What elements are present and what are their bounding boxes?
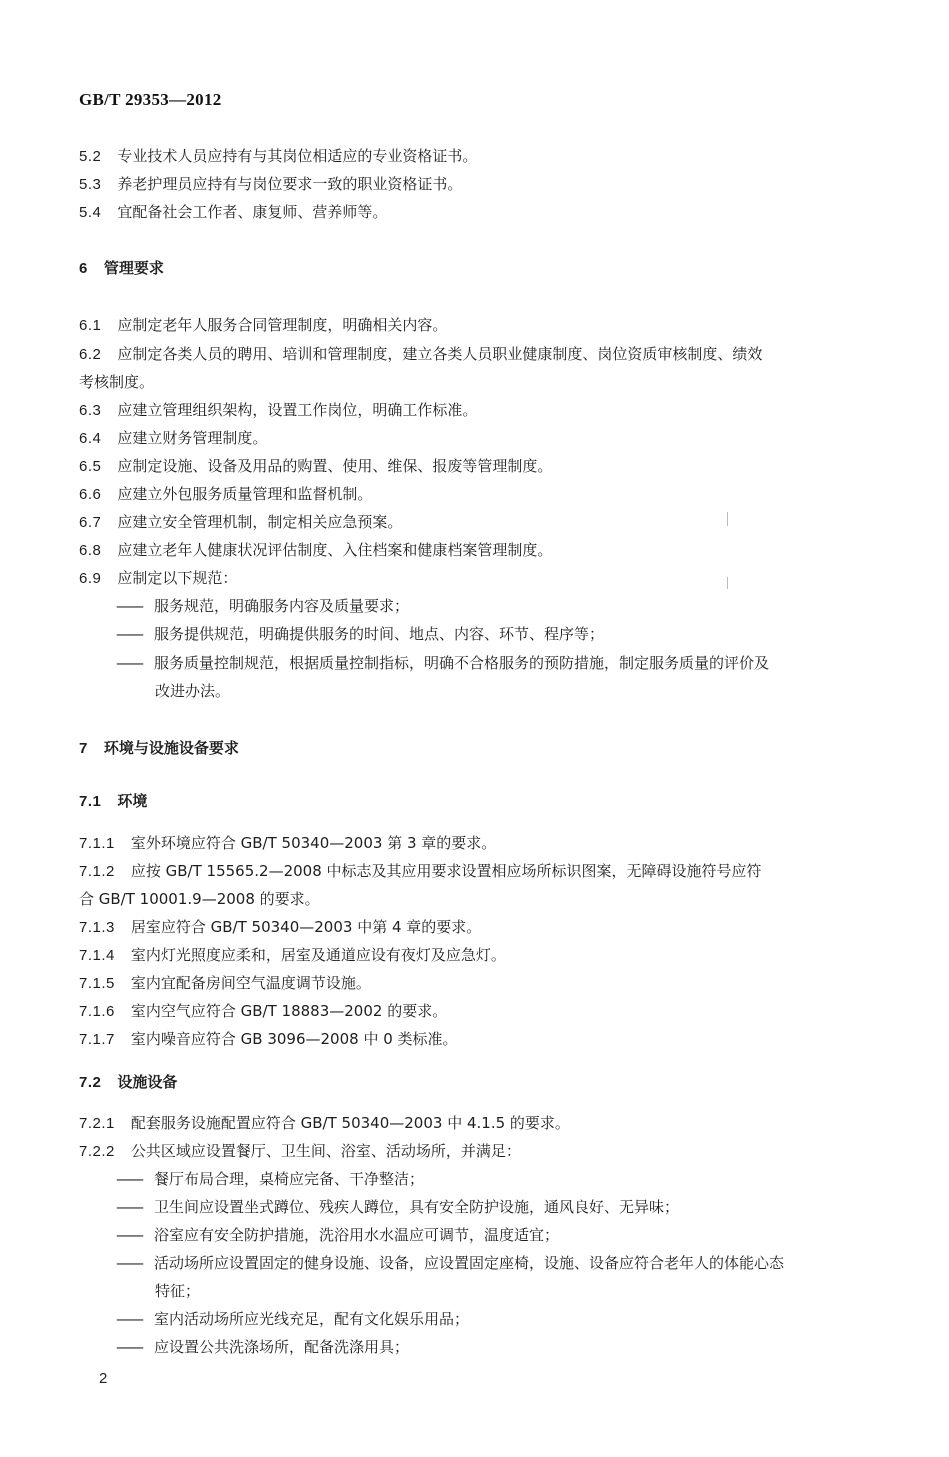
clause-6-2: 6.2应制定各类人员的聘用、培训和管理制度，建立各类人员职业健康制度、岗位资质审… <box>79 344 762 365</box>
clause-6-9: 6.9应制定以下规范： <box>79 568 237 589</box>
dash-bullet: —— <box>116 653 154 673</box>
clause-6-5: 6.5应制定设施、设备及用品的购置、使用、维保、报废等管理制度。 <box>79 456 552 477</box>
clause-7-1-5: 7.1.5室内宜配备房间空气温度调节设施。 <box>79 973 371 994</box>
dash-bullet: —— <box>116 624 154 644</box>
section-7-1-heading: 7.1环境 <box>79 791 147 812</box>
dash-bullet: —— <box>116 1169 154 1189</box>
clause-7-2-1: 7.2.1配套服务设施配置应符合 GB/T 50340—2003 中 4.1.5… <box>79 1113 570 1134</box>
list-item-cont: 改进办法。 <box>155 681 230 701</box>
list-item: ——服务规范，明确服务内容及质量要求； <box>116 596 409 616</box>
clause-7-1-2-cont: 合 GB/T 10001.9—2008 的要求。 <box>79 889 320 909</box>
clause-7-2-2: 7.2.2公共区域应设置餐厅、卫生间、浴室、活动场所，并满足： <box>79 1141 521 1162</box>
page-number: 2 <box>99 1370 107 1387</box>
list-item: ——活动场所应设置固定的健身设施、设备，应设置固定座椅，设施、设备应符合老年人的… <box>116 1253 784 1273</box>
clause-7-1-2: 7.1.2应按 GB/T 15565.2—2008 中标志及其应用要求设置相应场… <box>79 861 762 882</box>
clause-6-6: 6.6应建立外包服务质量管理和监督机制。 <box>79 484 372 505</box>
list-item: ——卫生间应设置坐式蹲位、残疾人蹲位，具有安全防护设施，通风良好、无异味； <box>116 1197 679 1217</box>
dash-bullet: —— <box>116 1337 154 1357</box>
dash-bullet: —— <box>116 1309 154 1329</box>
clause-6-2-cont: 考核制度。 <box>79 372 154 392</box>
list-item: ——应设置公共洗涤场所，配备洗涤用具； <box>116 1337 409 1357</box>
clause-5-2: 5.2专业技术人员应持有与其岗位相适应的专业资格证书。 <box>79 146 477 167</box>
document-page: GB/T 29353—2012 5.2专业技术人员应持有与其岗位相适应的专业资格… <box>0 0 949 1457</box>
section-7-heading: 7环境与设施设备要求 <box>79 738 239 759</box>
scan-artifact <box>727 512 728 526</box>
clause-5-4: 5.4宜配备社会工作者、康复师、营养师等。 <box>79 202 387 223</box>
clause-6-8: 6.8应建立老年人健康状况评估制度、入住档案和健康档案管理制度。 <box>79 540 552 561</box>
clause-7-1-1: 7.1.1室外环境应符合 GB/T 50340—2003 第 3 章的要求。 <box>79 833 496 854</box>
section-7-2-heading: 7.2设施设备 <box>79 1072 177 1093</box>
clause-6-4: 6.4应建立财务管理制度。 <box>79 428 267 449</box>
clause-5-3: 5.3养老护理员应持有与岗位要求一致的职业资格证书。 <box>79 174 462 195</box>
clause-7-1-6: 7.1.6室内空气应符合 GB/T 18883—2002 的要求。 <box>79 1001 447 1022</box>
clause-7-1-4: 7.1.4室内灯光照度应柔和，居室及通道应设有夜灯及应急灯。 <box>79 945 506 966</box>
clause-6-3: 6.3应建立管理组织架构，设置工作岗位，明确工作标准。 <box>79 400 477 421</box>
dash-bullet: —— <box>116 1197 154 1217</box>
list-item: ——浴室应有安全防护措施，洗浴用水水温应可调节，温度适宜； <box>116 1225 559 1245</box>
clause-6-1: 6.1应制定老年人服务合同管理制度，明确相关内容。 <box>79 315 447 336</box>
list-item-cont: 特征； <box>155 1281 200 1301</box>
standard-header: GB/T 29353—2012 <box>79 90 222 110</box>
list-item: ——服务提供规范，明确提供服务的时间、地点、内容、环节、程序等； <box>116 624 604 644</box>
clause-7-1-7: 7.1.7室内噪音应符合 GB 3096—2008 中 0 类标准。 <box>79 1029 458 1050</box>
dash-bullet: —— <box>116 596 154 616</box>
scan-artifact <box>727 577 728 589</box>
list-item: ——服务质量控制规范，根据质量控制指标，明确不合格服务的预防措施，制定服务质量的… <box>116 653 769 673</box>
clause-6-7: 6.7应建立安全管理机制，制定相关应急预案。 <box>79 512 402 533</box>
list-item: ——室内活动场所应光线充足，配有文化娱乐用品； <box>116 1309 469 1329</box>
dash-bullet: —— <box>116 1225 154 1245</box>
list-item: ——餐厅布局合理，桌椅应完备、干净整洁； <box>116 1169 424 1189</box>
dash-bullet: —— <box>116 1253 154 1273</box>
clause-7-1-3: 7.1.3居室应符合 GB/T 50340—2003 中第 4 章的要求。 <box>79 917 481 938</box>
section-6-heading: 6管理要求 <box>79 258 164 279</box>
standard-code: GB/T 29353—2012 <box>79 90 222 109</box>
